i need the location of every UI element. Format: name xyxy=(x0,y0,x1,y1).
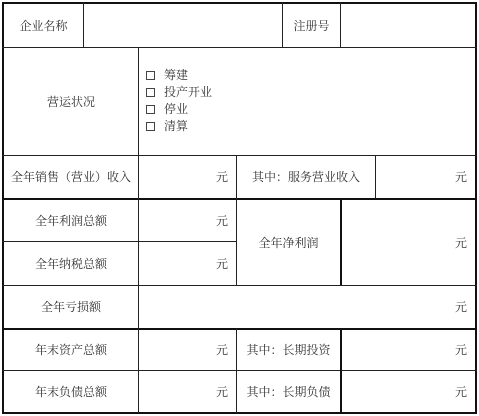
checkbox-icon[interactable] xyxy=(146,122,155,131)
option-preparing[interactable]: 筹建 xyxy=(146,67,212,84)
company-name-label: 企业名称 xyxy=(4,4,83,47)
annual-sales-field[interactable]: 元 xyxy=(139,156,236,198)
checkbox-icon[interactable] xyxy=(146,105,155,114)
option-liquidation[interactable]: 清算 xyxy=(146,118,212,135)
long-term-liabilities-label: 其中：长期负债 xyxy=(237,371,340,412)
annual-loss-label: 全年亏损额 xyxy=(4,286,138,328)
service-revenue-field[interactable]: 元 xyxy=(376,156,475,198)
option-suspended[interactable]: 停业 xyxy=(146,101,212,118)
total-liabilities-label: 年末负债总额 xyxy=(4,371,138,412)
long-term-investment-label: 其中：长期投资 xyxy=(237,330,340,370)
operating-status-label: 营运状况 xyxy=(4,48,138,155)
total-profit-field[interactable]: 元 xyxy=(139,200,236,241)
total-tax-field[interactable]: 元 xyxy=(139,242,236,285)
checkbox-icon[interactable] xyxy=(146,88,155,97)
total-assets-label: 年末资产总额 xyxy=(4,330,138,370)
long-term-liabilities-field[interactable]: 元 xyxy=(342,371,475,412)
service-revenue-label: 其中：服务营业收入 xyxy=(237,156,375,198)
net-profit-field[interactable]: 元 xyxy=(342,200,475,285)
long-term-investment-field[interactable]: 元 xyxy=(342,330,475,370)
total-tax-label: 全年纳税总额 xyxy=(4,242,138,285)
border-bottom xyxy=(2,412,477,414)
annual-loss-field[interactable]: 元 xyxy=(139,286,475,328)
option-in-operation[interactable]: 投产开业 xyxy=(146,84,212,101)
operating-status-options: 筹建 投产开业 停业 清算 xyxy=(146,67,212,135)
annual-sales-label: 全年销售（营业）收入 xyxy=(4,156,138,198)
company-name-field[interactable] xyxy=(84,4,282,47)
registration-no-field[interactable] xyxy=(341,4,475,47)
registration-no-label: 注册号 xyxy=(283,4,340,47)
total-profit-label: 全年利润总额 xyxy=(4,200,138,241)
border-right xyxy=(475,2,477,414)
checkbox-icon[interactable] xyxy=(146,71,155,80)
total-liabilities-field[interactable]: 元 xyxy=(139,371,236,412)
total-assets-field[interactable]: 元 xyxy=(139,330,236,370)
net-profit-label: 全年净利润 xyxy=(237,200,340,285)
